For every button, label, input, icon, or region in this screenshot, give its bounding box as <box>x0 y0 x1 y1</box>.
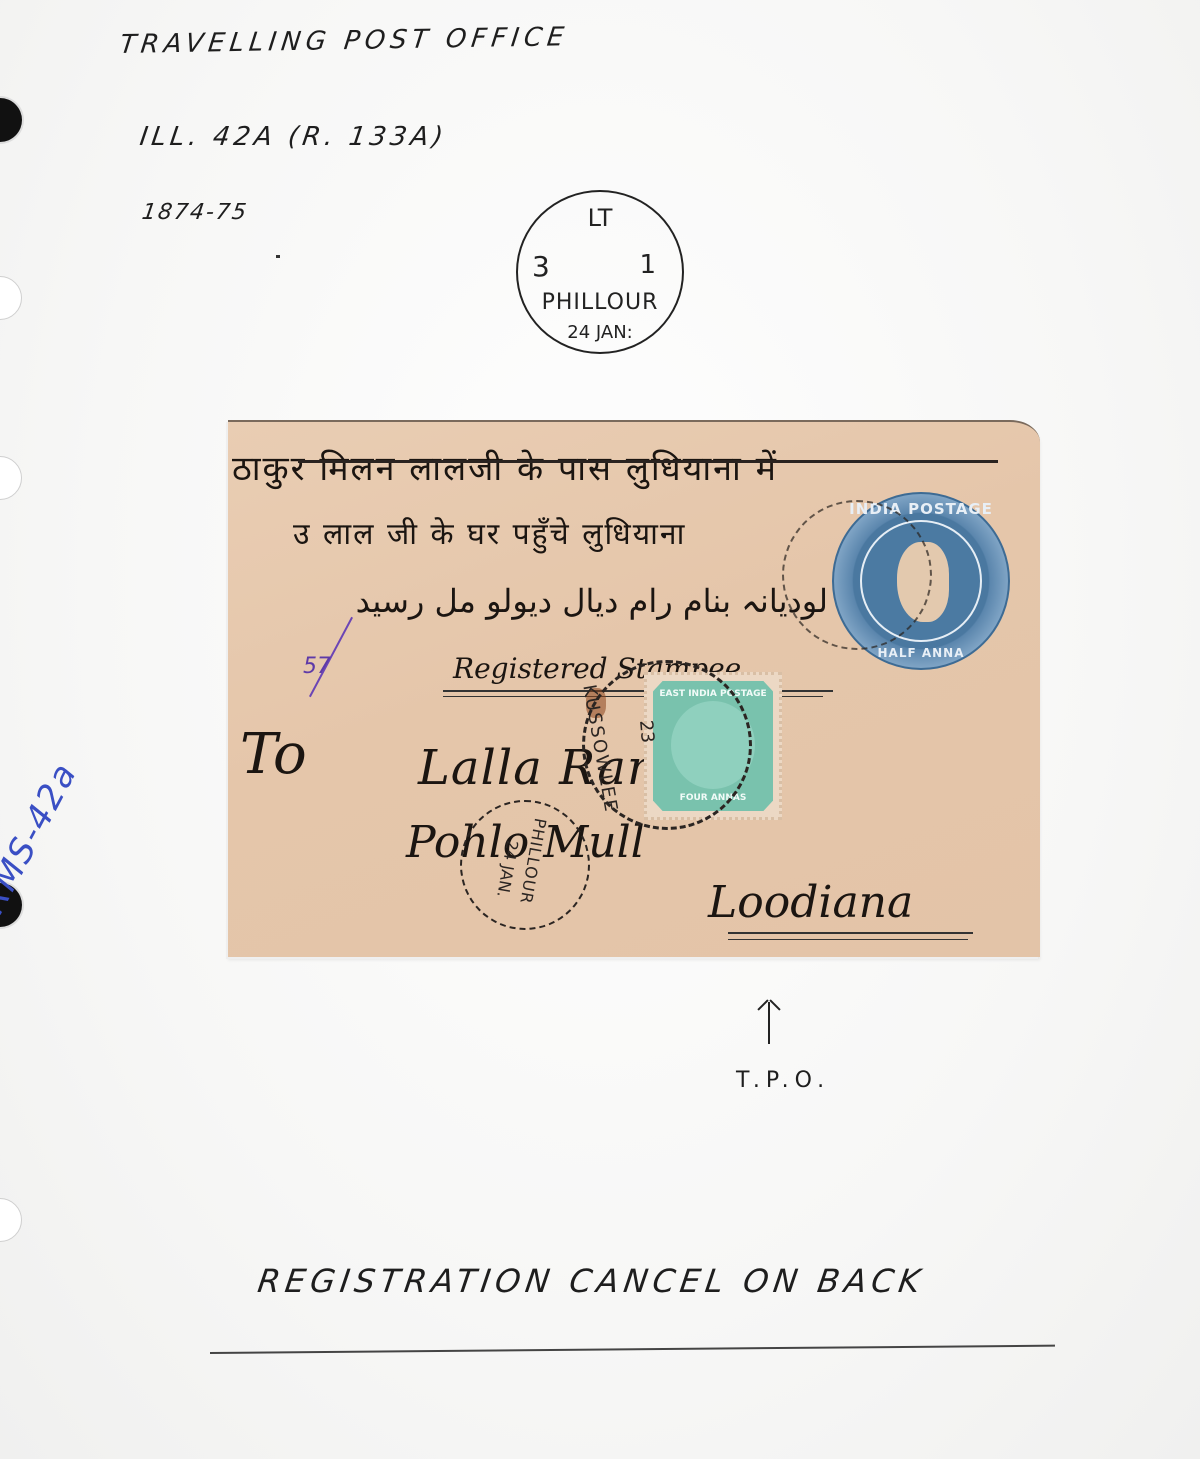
salutation: To <box>240 722 307 787</box>
underline <box>728 932 973 934</box>
strike-line <box>298 460 998 463</box>
side-note: RMS-42a <box>0 756 85 920</box>
pencil-dot <box>276 255 280 258</box>
catalogue-reference: ILL. 42A (R. 133A) <box>138 122 449 152</box>
cancel-town: PHILLOUR <box>518 290 682 315</box>
postmark-date: 23 <box>635 719 658 744</box>
docket-number: 57 <box>303 654 331 679</box>
postmark-half-anna <box>782 500 932 650</box>
page-title: TRAVELLING POST OFFICE <box>118 22 570 60</box>
addressee-line-3: Loodiana <box>708 877 913 928</box>
arrow-shaft <box>768 1002 770 1044</box>
postmark-phillour: PHILLOUR 24 JAN. <box>460 800 590 930</box>
footer-rule <box>210 1345 1055 1354</box>
date-range: 1874-75 <box>140 200 249 225</box>
underline <box>728 939 968 940</box>
footer-note: REGISTRATION CANCEL ON BACK <box>255 1262 927 1300</box>
binder-hole <box>0 1198 22 1242</box>
cancel-code: LT <box>518 204 682 232</box>
postmark-town: PHILLOUR <box>516 817 550 906</box>
pointer-label: T.P.O. <box>736 1068 830 1093</box>
binder-hole <box>0 276 22 320</box>
binder-hole <box>0 98 22 142</box>
postmark-kussowlee: KUSSOWLEE 23 <box>582 660 752 830</box>
cancel-right-number: 1 <box>639 250 656 280</box>
urdu-address-line: لودیانہ بنام رام دیال دیولو مل رسید <box>358 582 828 620</box>
cancel-drawing: LT 3 1 PHILLOUR 24 JAN: <box>516 190 684 354</box>
cancel-left-number: 3 <box>532 250 550 283</box>
cancel-date: 24 JAN: <box>518 322 682 343</box>
vernacular-line-2: उ लाल जी के घर पहुँचे लुधियाना <box>293 512 686 553</box>
binder-hole <box>0 456 22 500</box>
vernacular-line-1: ठाकुर मिलन लालजी के पास लुधियाना में <box>232 444 778 490</box>
